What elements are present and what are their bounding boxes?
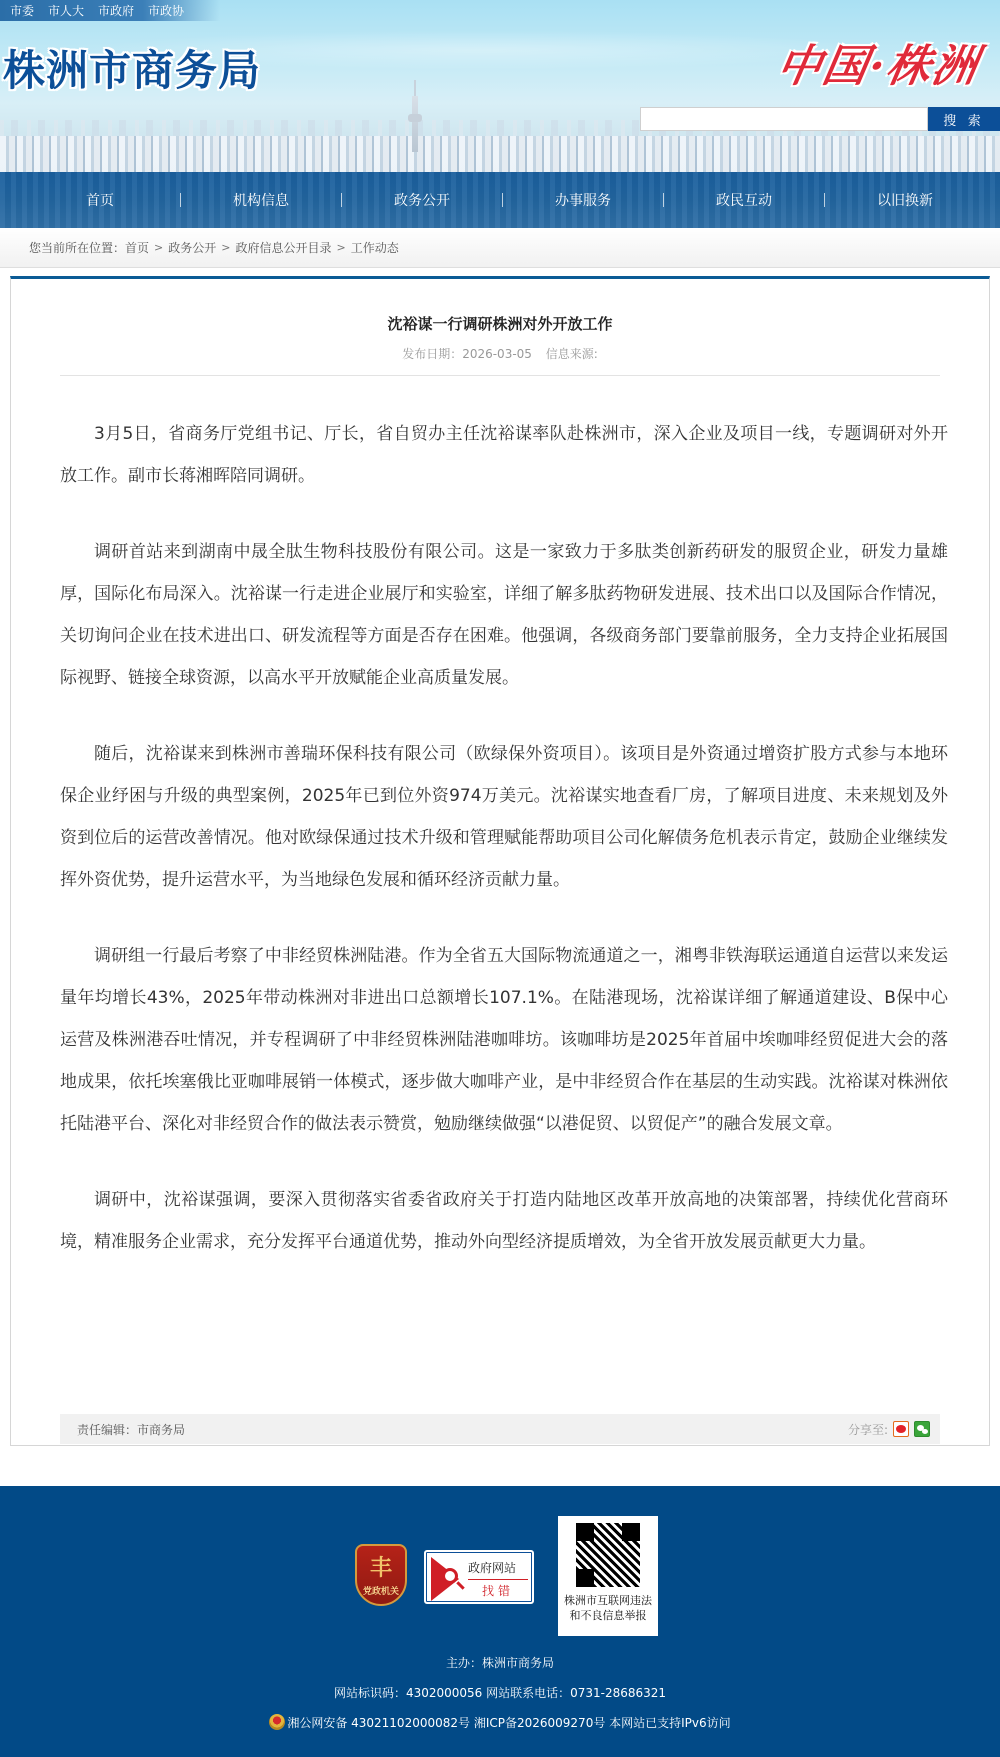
footer: 丰 党政机关 政府网站 找错 株洲市互联网违法 和不良信息举报 主办：株洲市商务… bbox=[0, 1486, 1000, 1757]
breadcrumb-gov-affairs[interactable]: 政务公开 bbox=[168, 239, 216, 256]
tv-tower-image bbox=[412, 96, 418, 152]
article-title: 沈裕谋一行调研株洲对外开放工作 bbox=[11, 313, 989, 334]
footer-sponsor: 主办：株洲市商务局 bbox=[0, 1653, 1000, 1683]
share-label: 分享至: bbox=[848, 1421, 888, 1438]
article-paragraph: 调研首站来到湖南中晟全肽生物科技股份有限公司。这是一家致力于多肽类创新药研发的服… bbox=[60, 531, 948, 699]
footer-site-info: 网站标识码：4302000056 网站联系电话：0731-28686321 bbox=[0, 1683, 1000, 1713]
article-meta: 发布日期：2026-03-05 信息来源: bbox=[11, 345, 989, 362]
top-link-peoples-congress[interactable]: 市人大 bbox=[48, 2, 84, 19]
nav-item-trade-in[interactable]: 以旧换新 bbox=[825, 190, 985, 210]
qr-caption-line: 株洲市互联网违法 bbox=[564, 1593, 652, 1608]
breadcrumb-home[interactable]: 首页 bbox=[125, 239, 149, 256]
footer-info: 主办：株洲市商务局 网站标识码：4302000056 网站联系电话：0731-2… bbox=[0, 1653, 1000, 1743]
breadcrumb-separator: > bbox=[337, 241, 346, 254]
nav-item-gov-affairs[interactable]: 政务公开 bbox=[342, 190, 502, 210]
gov-site-error-report-badge[interactable]: 政府网站 找错 bbox=[424, 1550, 534, 1604]
site-title-logo[interactable]: 株洲市商务局 bbox=[3, 50, 261, 92]
article-paragraph: 调研组一行最后考察了中非经贸株洲陆港。作为全省五大国际物流通道之一，湘粤非铁海联… bbox=[60, 935, 948, 1145]
article-paragraph: 随后，沈裕谋来到株洲市善瑞环保科技有限公司（欧绿保外资项目）。该项目是外资通过增… bbox=[60, 733, 948, 901]
editor-share-bar: 责任编辑：市商务局 分享至: bbox=[60, 1414, 940, 1444]
article-container: 沈裕谋一行调研株洲对外开放工作 发布日期：2026-03-05 信息来源: 3月… bbox=[10, 276, 990, 1446]
footer-record-line: 湘公网安备 43021102000082号 湘ICP备2026009270号 本… bbox=[0, 1713, 1000, 1743]
top-link-city-government[interactable]: 市政府 bbox=[98, 2, 134, 19]
info-source: 信息来源: bbox=[546, 347, 598, 361]
article-paragraph: 调研中，沈裕谋强调，要深入贯彻落实省委省政府关于打造内陆地区改革开放高地的决策部… bbox=[60, 1179, 948, 1263]
responsible-editor: 责任编辑：市商务局 bbox=[77, 1421, 185, 1438]
title-divider bbox=[60, 375, 940, 376]
nav-item-home[interactable]: 首页 bbox=[20, 190, 180, 210]
header-banner: 市委 市人大 市政府 市政协 株洲市商务局 中国·株洲 搜 索 bbox=[0, 0, 1000, 172]
top-link-cppcc[interactable]: 市政协 bbox=[148, 2, 184, 19]
publish-date: 发布日期：2026-03-05 bbox=[402, 347, 532, 361]
error-badge-title: 政府网站 bbox=[468, 1559, 516, 1576]
wechat-icon[interactable] bbox=[914, 1421, 930, 1437]
breadcrumb-work-news[interactable]: 工作动态 bbox=[351, 239, 399, 256]
share-group: 分享至: bbox=[848, 1421, 930, 1438]
nav-item-organization[interactable]: 机构信息 bbox=[181, 190, 341, 210]
qr-caption: 株洲市互联网违法 和不良信息举报 bbox=[564, 1593, 652, 1623]
party-gov-badge[interactable]: 丰 党政机关 bbox=[355, 1544, 407, 1606]
nav-item-interaction[interactable]: 政民互动 bbox=[664, 190, 824, 210]
article-body: 3月5日，省商务厅党组书记、厅长，省自贸办主任沈裕谋率队赴株洲市，深入企业及项目… bbox=[60, 413, 948, 1297]
search-input[interactable] bbox=[640, 107, 928, 131]
breadcrumb-info-catalog[interactable]: 政府信息公开目录 bbox=[235, 239, 331, 256]
report-qr-box[interactable]: 株洲市互联网违法 和不良信息举报 bbox=[558, 1516, 658, 1636]
police-badge-icon bbox=[269, 1714, 285, 1730]
weibo-icon[interactable] bbox=[893, 1421, 909, 1437]
error-badge-rule bbox=[468, 1579, 528, 1580]
breadcrumb-separator: > bbox=[221, 241, 230, 254]
breadcrumb: 您当前所在位置： 首页 > 政务公开 > 政府信息公开目录 > 工作动态 bbox=[0, 228, 1000, 268]
breadcrumb-prefix: 您当前所在位置： bbox=[29, 239, 125, 256]
footer-record[interactable]: 湘公网安备 43021102000082号 湘ICP备2026009270号 本… bbox=[287, 1716, 730, 1730]
search-button[interactable]: 搜 索 bbox=[928, 107, 1000, 131]
banner-skyline-base bbox=[0, 136, 1000, 172]
slogan-calligraphy: 中国·株洲 bbox=[772, 30, 985, 94]
qr-code-icon bbox=[576, 1523, 640, 1587]
qr-caption-line: 和不良信息举报 bbox=[564, 1608, 652, 1623]
top-link-city-committee[interactable]: 市委 bbox=[10, 2, 34, 19]
magnifier-icon bbox=[442, 1568, 458, 1584]
top-links-bar: 市委 市人大 市政府 市政协 bbox=[0, 0, 220, 21]
party-emblem-icon: 丰 bbox=[370, 1558, 392, 1580]
main-nav: 首页 机构信息 政务公开 办事服务 政民互动 以旧换新 bbox=[0, 172, 1000, 228]
nav-item-services[interactable]: 办事服务 bbox=[503, 190, 663, 210]
article-paragraph: 3月5日，省商务厅党组书记、厅长，省自贸办主任沈裕谋率队赴株洲市，深入企业及项目… bbox=[60, 413, 948, 497]
error-badge-subtitle: 找错 bbox=[482, 1582, 514, 1599]
breadcrumb-separator: > bbox=[154, 241, 163, 254]
party-badge-text: 党政机关 bbox=[363, 1584, 399, 1597]
